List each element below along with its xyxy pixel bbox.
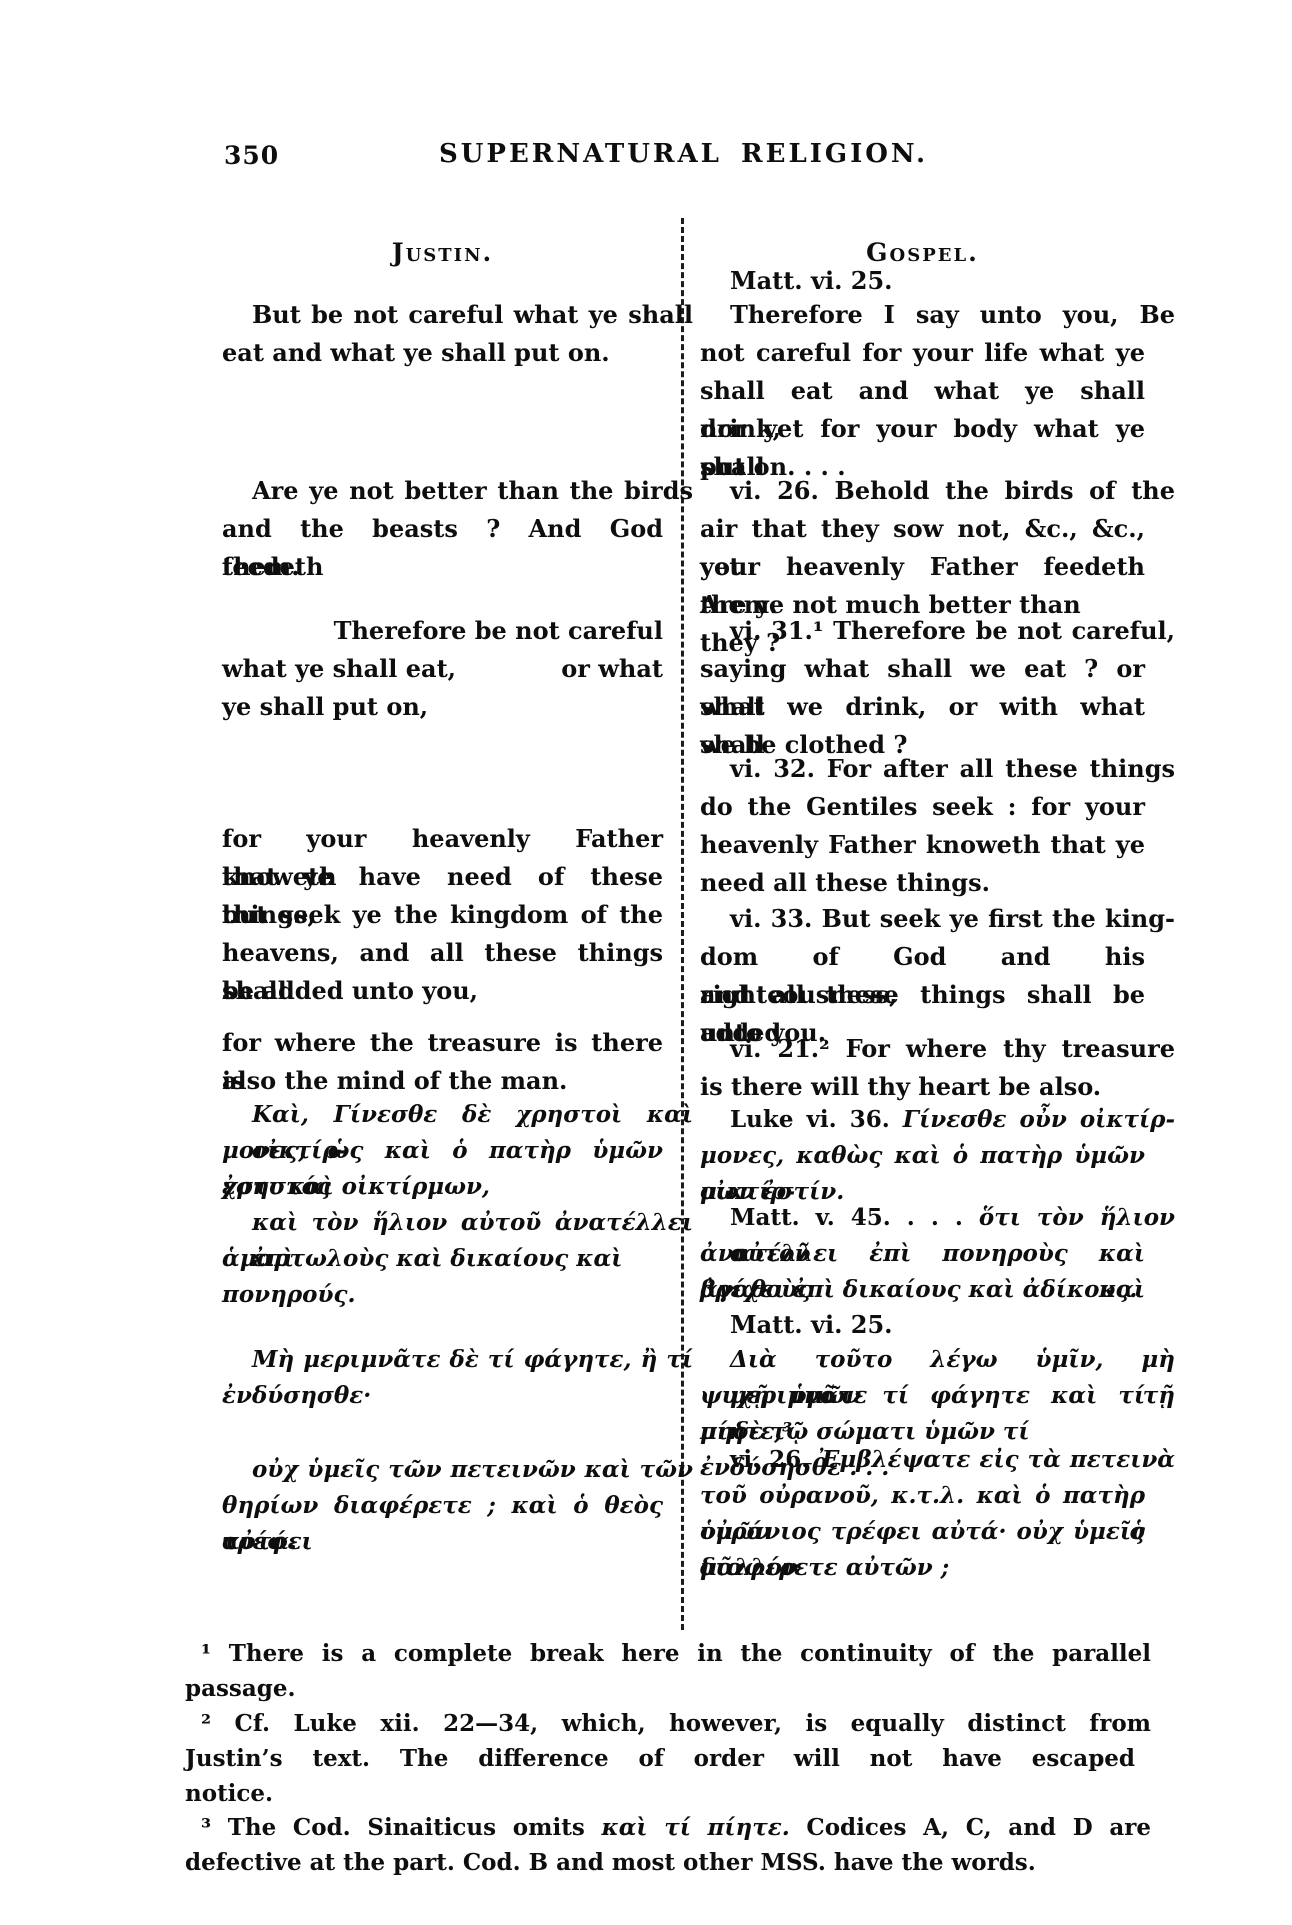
greek-text-line: θηρίων διαφέρετε ; καὶ ὁ θεὸς τρέφει xyxy=(222,1488,663,1524)
greek-text-line: Καὶ, Γίνεσθε δὲ χρηστοὶ καὶ οἰκτίρ- xyxy=(222,1097,693,1133)
text-line: them. xyxy=(222,548,663,586)
text-line: is there will thy heart be also. xyxy=(700,1068,1145,1106)
text-line: vi. 21.² For where thy treasure xyxy=(700,1030,1175,1068)
text-line: your heavenly Father feedeth them. xyxy=(700,548,1145,586)
text-line: dom of God and his righteousness, xyxy=(700,938,1145,976)
greek-text-line: ἀνατέλλει ἐπὶ πονηροὺς καὶ ἀγαθοὺς καὶ xyxy=(700,1236,1145,1272)
gospel-paragraph-4: vi. 32. For after all these things do th… xyxy=(700,750,1145,902)
justin-paragraph-2: Are ye not better than the birds and the… xyxy=(222,472,663,586)
footnote-text-fragment: ³ The Cod. Sinaiticus omits xyxy=(201,1814,601,1841)
running-title: SUPERNATURAL RELIGION. xyxy=(222,139,1145,169)
greek-text-line: Μὴ μεριμνᾶτε δὲ τί φάγητε, ἢ τί xyxy=(222,1342,693,1378)
greek-text-line: μονες, ὡς καὶ ὁ πατὴρ ὑμῶν χρηστός xyxy=(222,1133,663,1169)
greek-text-fragment: καὶ τί πίητε. xyxy=(601,1814,789,1841)
footnote-line: defective at the part. Cod. B and most o… xyxy=(185,1845,1135,1880)
text-line: nor yet for your body what ye shall xyxy=(700,410,1145,448)
justin-greek-paragraph-1: Καὶ, Γίνεσθε δὲ χρηστοὶ καὶ οἰκτίρ- μονε… xyxy=(222,1097,663,1205)
gospel-greek-paragraph-luke: Luke vi. 36. Γίνεσθε οὖν οἰκτίρ- μονες, … xyxy=(700,1102,1145,1210)
justin-paragraph-4: for your heavenly Father knoweth that ye… xyxy=(222,820,663,1010)
text-line: and all these things shall be added xyxy=(700,976,1145,1014)
text-line: what ye shall eat, or what xyxy=(222,650,663,688)
text-line: Therefore be not careful xyxy=(222,612,663,650)
text-line: need all these things. xyxy=(700,864,1145,902)
greek-text-line: Διὰ τοῦτο λέγω ὑμῖν, μὴ μεριμνᾶτε τῇ xyxy=(700,1342,1175,1378)
footnote-1: ¹ There is a complete break here in the … xyxy=(185,1636,1135,1706)
greek-text-line: μονες, καθὼς καὶ ὁ πατὴρ ὑμῶν οἰκτίρ- xyxy=(700,1138,1145,1174)
text-line: shall we drink, or with what shall xyxy=(700,688,1145,726)
text-line: not careful for your life what ye xyxy=(700,334,1145,372)
text-line: saying what shall we eat ? or what xyxy=(700,650,1145,688)
footnote-2: ² Cf. Luke xii. 22—34, which, however, i… xyxy=(185,1706,1135,1811)
footnote-text-fragment: Codices A, C, and D are xyxy=(790,1814,1151,1841)
gospel-greek-paragraph-vi-26: vi. 26. Ἐμβλέψατε εἰς τὰ πετεινὰ τοῦ οὐρ… xyxy=(700,1442,1145,1586)
text-line: ye shall put on, xyxy=(222,688,663,726)
gospel-paragraph-3: vi. 31.¹ Therefore be not careful, sayin… xyxy=(700,612,1145,764)
text-line: but seek ye the kingdom of the xyxy=(222,896,663,934)
footnote-3: ³ The Cod. Sinaiticus omits καὶ τί πίητε… xyxy=(185,1810,1135,1880)
justin-greek-paragraph-3: Μὴ μεριμνᾶτε δὲ τί φάγητε, ἢ τί ἐνδύσησθ… xyxy=(222,1342,663,1414)
gospel-greek-paragraph-dia-touto: Διὰ τοῦτο λέγω ὑμῖν, μὴ μεριμνᾶτε τῇ ψυχ… xyxy=(700,1342,1145,1450)
text-line: be added unto you, xyxy=(222,972,663,1010)
text-line: heavenly Father knoweth that ye xyxy=(700,826,1145,864)
gospel-paragraph-1: Therefore I say unto you, Be not careful… xyxy=(700,296,1145,486)
verse-reference: Matt. vi. 25. xyxy=(700,1306,1175,1344)
verse-reference: Matt. v. 45. . . . xyxy=(730,1204,979,1231)
footnote-line: passage. xyxy=(185,1671,1135,1706)
text-line: vi. 31.¹ Therefore be not careful, xyxy=(700,612,1175,650)
text-fragment: or what xyxy=(561,650,663,688)
greek-text-line: Matt. v. 45. . . . ὅτι τὸν ἥλιον αὐτοῦ xyxy=(700,1200,1175,1236)
verse-reference: Matt. vi. 25. xyxy=(700,262,1175,300)
justin-greek-paragraph-4: οὐχ ὑμεῖς τῶν πετεινῶν καὶ τῶν θηρίων δι… xyxy=(222,1452,663,1560)
text-line: shall eat and what ye shall drink, xyxy=(700,372,1145,410)
verse-reference: vi. 26. xyxy=(730,1446,818,1473)
gospel-verse-ref-matt-vi-25: Matt. vi. 25. xyxy=(700,262,1145,300)
text-line: Therefore I say unto you, Be xyxy=(700,296,1175,334)
footnote-line: Justin’s text. The difference of order w… xyxy=(185,1741,1135,1776)
greek-text-line: διαφέρετε αὐτῶν ; xyxy=(700,1550,1145,1586)
footnote-line: ² Cf. Luke xii. 22—34, which, however, i… xyxy=(185,1706,1151,1741)
gospel-paragraph-6: vi. 21.² For where thy treasure is there… xyxy=(700,1030,1145,1106)
text-line: and the beasts ? And God feedeth xyxy=(222,510,663,548)
greek-text-line: ἐστι καὶ οἰκτίρμων, xyxy=(222,1169,663,1205)
gospel-paragraph-2: vi. 26. Behold the birds of the air that… xyxy=(700,472,1145,624)
greek-text-line: ψυχῇ ὑμῶν τί φάγητε καὶ τί πίητε,³ xyxy=(700,1378,1145,1414)
text-line: vi. 26. Behold the birds of the xyxy=(700,472,1175,510)
book-page: { "page": { "number": "350", "running_ti… xyxy=(0,0,1292,1925)
gospel-verse-ref-matt-vi-25-2: Matt. vi. 25. xyxy=(700,1306,1145,1344)
justin-paragraph-1: But be not careful what ye shall eat and… xyxy=(222,296,663,372)
greek-text-fragment: Γίνεσθε οὖν οἰκτίρ- xyxy=(903,1106,1175,1133)
column-divider-rule xyxy=(681,218,684,1630)
greek-text-line: vi. 26. Ἐμβλέψατε εἰς τὰ πετεινὰ xyxy=(700,1442,1175,1478)
text-line: vi. 32. For after all these things xyxy=(700,750,1175,788)
justin-paragraph-3: Therefore be not careful what ye shall e… xyxy=(222,612,663,726)
text-line: eat and what ye shall put on. xyxy=(222,334,663,372)
text-line: air that they sow not, &c., &c., yet xyxy=(700,510,1145,548)
justin-greek-paragraph-2: καὶ τὸν ἥλιον αὐτοῦ ἀνατέλλει ἐπὶ ἁμαρτω… xyxy=(222,1205,663,1277)
greek-text-line: οὐχ ὑμεῖς τῶν πετεινῶν καὶ τῶν xyxy=(222,1452,693,1488)
greek-text-line: ἁμαρτωλοὺς καὶ δικαίους καὶ πονηρούς. xyxy=(222,1241,663,1277)
justin-column-heading: Justin. xyxy=(222,238,663,267)
text-line: that ye have need of these things, xyxy=(222,858,663,896)
text-line: for your heavenly Father knoweth xyxy=(222,820,663,858)
footnote-line: notice. xyxy=(185,1776,1135,1811)
text-line: But be not careful what ye shall xyxy=(222,296,693,334)
verse-reference: Luke vi. 36. xyxy=(730,1106,903,1133)
greek-text-fragment: Ἐμβλέψατε εἰς τὰ πετεινὰ xyxy=(818,1446,1175,1473)
text-line: vi. 33. But seek ye first the king- xyxy=(700,900,1175,938)
greek-text-line: ἐνδύσησθε· xyxy=(222,1378,663,1414)
greek-text-line: καὶ τὸν ἥλιον αὐτοῦ ἀνατέλλει ἐπὶ xyxy=(222,1205,693,1241)
greek-text-line: τοῦ οὐρανοῦ, κ.τ.λ. καὶ ὁ πατὴρ ὑμῶν ὁ xyxy=(700,1478,1145,1514)
text-line: heavens, and all these things shall xyxy=(222,934,663,972)
gospel-greek-paragraph-matt-v-45: Matt. v. 45. . . . ὅτι τὸν ἥλιον αὐτοῦ ἀ… xyxy=(700,1200,1145,1308)
greek-text-line: οὐράνιος τρέφει αὐτά· οὐχ ὑμεῖς μᾶλλον xyxy=(700,1514,1145,1550)
text-line: for where the treasure is there is xyxy=(222,1024,663,1062)
footnote-line: ³ The Cod. Sinaiticus omits καὶ τί πίητε… xyxy=(185,1810,1151,1845)
text-fragment: what ye shall eat, xyxy=(222,650,456,688)
greek-text-line: αὐτά. xyxy=(222,1524,663,1560)
text-line: do the Gentiles seek : for your xyxy=(700,788,1145,826)
text-line: Are ye not better than the birds xyxy=(222,472,693,510)
justin-paragraph-5: for where the treasure is there is also … xyxy=(222,1024,663,1100)
greek-text-line: Luke vi. 36. Γίνεσθε οὖν οἰκτίρ- xyxy=(700,1102,1175,1138)
text-line: also the mind of the man. xyxy=(222,1062,663,1100)
footnote-line: ¹ There is a complete break here in the … xyxy=(185,1636,1151,1671)
greek-text-line: βρέχει ἐπὶ δικαίους καὶ ἀδίκους. xyxy=(700,1272,1145,1308)
